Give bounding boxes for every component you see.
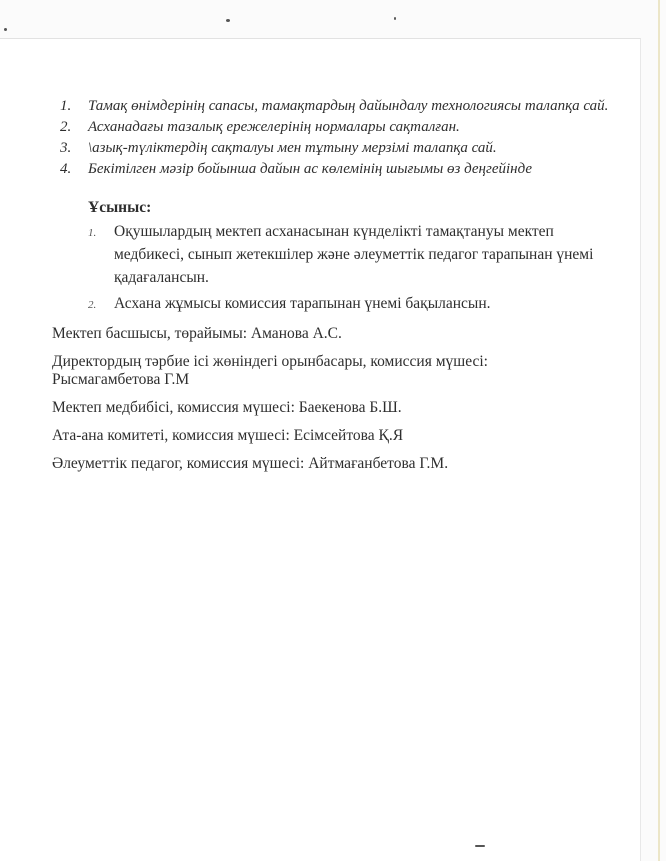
finding-number: 2. <box>60 117 88 138</box>
finding-number: 3. <box>60 138 88 159</box>
finding-text: \азық-түліктердің сақталуы мен тұтыну ме… <box>88 138 620 159</box>
recommendation-item: 1. Оқушылардың мектеп асханасынан күндел… <box>88 220 608 289</box>
finding-text: Бекітілген мәзір бойынша дайын ас көлемі… <box>88 159 620 180</box>
recommendation-item: 2. Асхана жұмысы комиссия тарапынан үнем… <box>88 292 608 317</box>
finding-item: 2. Асханадағы тазалық ережелерінің норма… <box>60 117 620 138</box>
finding-text: Асханадағы тазалық ережелерінің нормалар… <box>88 117 620 138</box>
recommendation-text: Оқушылардың мектеп асханасынан күнделікт… <box>114 220 608 289</box>
recommendation-number: 1. <box>88 220 114 289</box>
finding-item: 1. Тамақ өнімдерінің сапасы, тамақтардың… <box>60 96 620 117</box>
finding-text: Тамақ өнімдерінің сапасы, тамақтардың да… <box>88 96 620 117</box>
signature-line: Әлеуметтік педагог, комиссия мүшесі: Айт… <box>52 455 572 473</box>
recommendation-text: Асхана жұмысы комиссия тарапынан үнемі б… <box>114 292 608 317</box>
signature-line: Мектеп медбибісі, комиссия мүшесі: Баеке… <box>52 399 572 417</box>
signature-line: Директордың тәрбие ісі жөніндегі орынбас… <box>52 353 572 389</box>
recommendations-list: 1. Оқушылардың мектеп асханасынан күндел… <box>88 220 608 320</box>
finding-number: 1. <box>60 96 88 117</box>
scan-edge <box>658 0 660 861</box>
finding-item: 3. \азық-түліктердің сақталуы мен тұтыну… <box>60 138 620 159</box>
signature-line: Мектеп басшысы, төрайымы: Аманова А.С. <box>52 325 572 343</box>
scan-speck <box>226 19 230 22</box>
recommendation-number: 2. <box>88 292 114 317</box>
finding-item: 4. Бекітілген мәзір бойынша дайын ас көл… <box>60 159 620 180</box>
signatures-block: Мектеп басшысы, төрайымы: Аманова А.С. Д… <box>52 325 572 483</box>
signature-line: Ата-ана комитеті, комиссия мүшесі: Есімс… <box>52 427 572 445</box>
recommendations-heading: Ұсыныс: <box>88 199 151 217</box>
scan-speck <box>4 28 7 31</box>
finding-number: 4. <box>60 159 88 180</box>
findings-list: 1. Тамақ өнімдерінің сапасы, тамақтардың… <box>60 96 620 180</box>
scan-speck <box>475 845 485 847</box>
scan-speck <box>394 17 396 20</box>
